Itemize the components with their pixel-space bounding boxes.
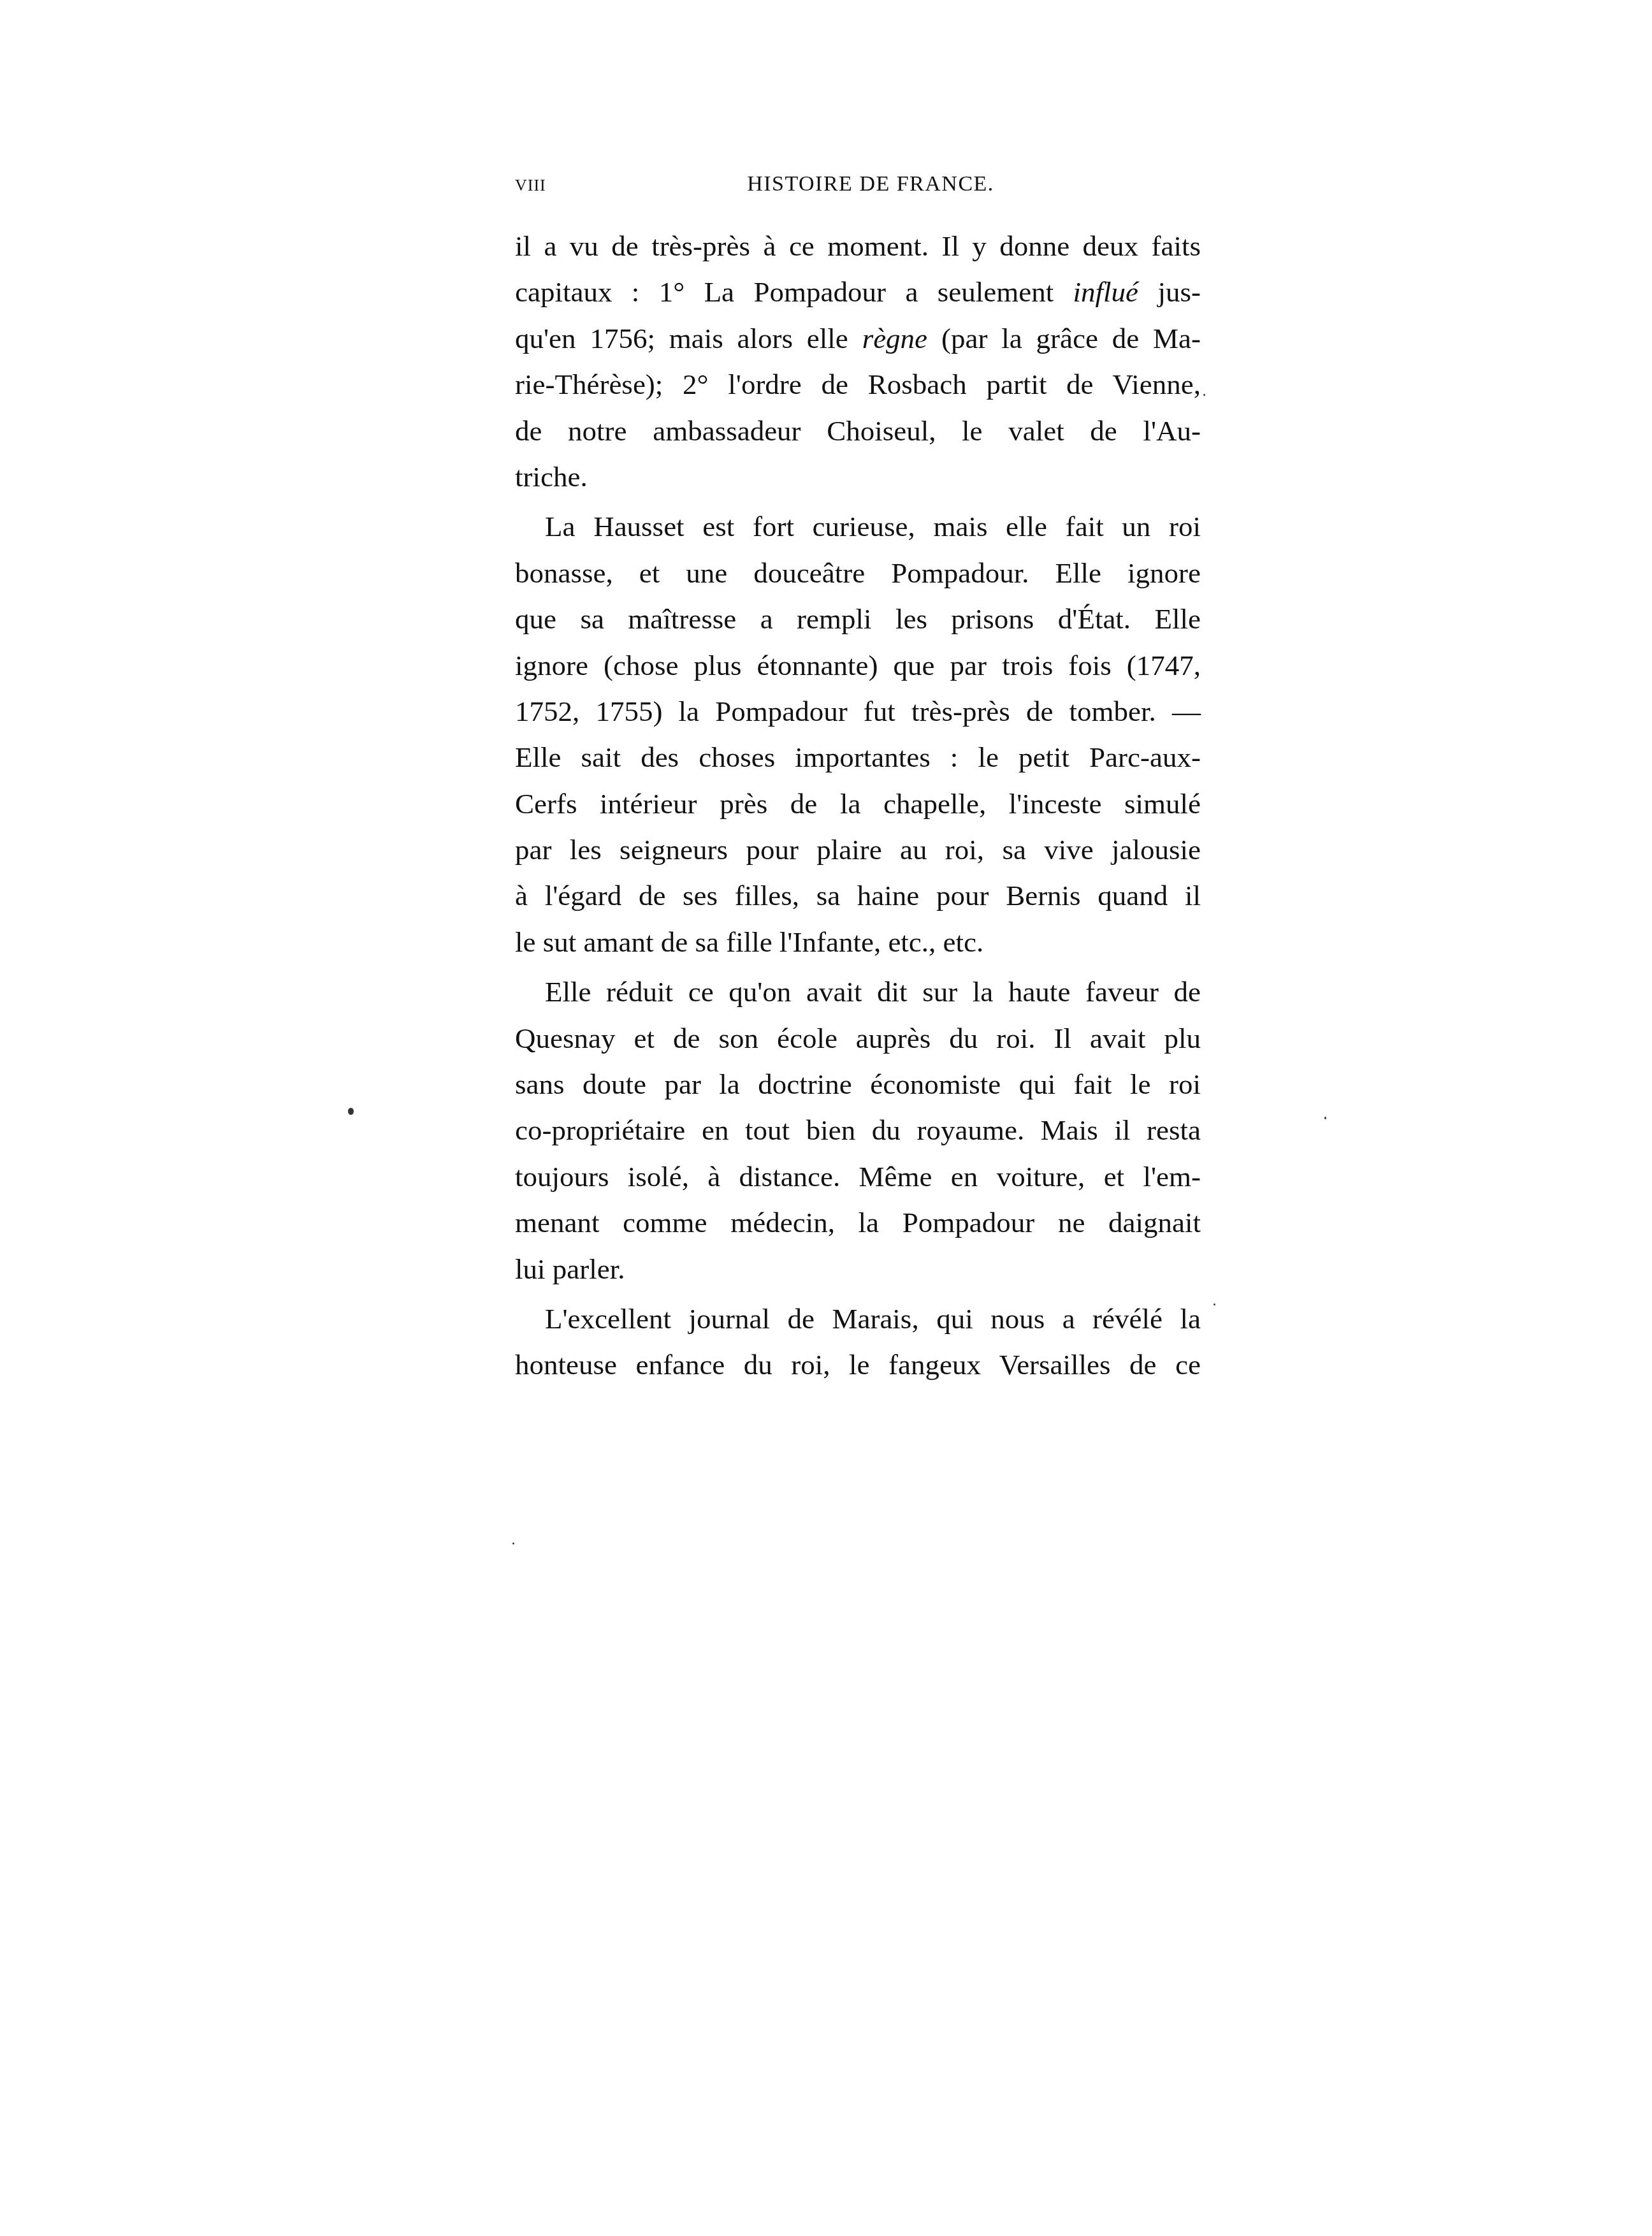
text-line: il a vu de très-près à ce moment. Il y d… <box>515 223 1201 269</box>
text-line: L'excellent journal de Marais, qui nous … <box>515 1296 1201 1342</box>
text-line: par les seigneurs pour plaire au roi, sa… <box>515 827 1201 873</box>
text-segment: Elle sait des choses importantes : le pe… <box>515 741 1201 773</box>
text-segment: Cerfs intérieur près de la chapelle, l'i… <box>515 788 1201 820</box>
text-line: le sut amant de sa fille l'Infante, etc.… <box>515 919 1201 965</box>
text-segment: il a vu de très-près à ce moment. Il y d… <box>515 230 1201 262</box>
text-line: qu'en 1756; mais alors elle règne (par l… <box>515 316 1201 361</box>
text-line: Elle réduit ce qu'on avait dit sur la ha… <box>515 969 1201 1015</box>
text-segment: honteuse enfance du roi, le fangeux Vers… <box>515 1349 1201 1381</box>
body-text: il a vu de très-près à ce moment. Il y d… <box>515 223 1201 1388</box>
text-segment: que sa maîtresse a rempli les prisons d'… <box>515 603 1201 635</box>
text-segment: capitaux : 1° La Pompadour a seulement <box>515 276 1073 308</box>
text-line: La Hausset est fort curieuse, mais elle … <box>515 504 1201 549</box>
text-line: que sa maîtresse a rempli les prisons d'… <box>515 596 1201 642</box>
text-segment: qu'en 1756; mais alors elle <box>515 323 862 354</box>
text-segment: toujours isolé, à distance. Même en voit… <box>515 1161 1201 1193</box>
text-segment: menant comme médecin, la Pompadour ne da… <box>515 1207 1201 1238</box>
text-line: triche. <box>515 454 1201 500</box>
text-segment: de notre ambassadeur Choiseul, le valet … <box>515 415 1201 447</box>
text-line: de notre ambassadeur Choiseul, le valet … <box>515 408 1201 454</box>
running-title: HISTOIRE DE FRANCE. <box>515 172 1201 196</box>
text-segment: 1752, 1755) la Pompadour fut très-près d… <box>515 695 1201 727</box>
text-segment: par les seigneurs pour plaire au roi, sa… <box>515 834 1201 866</box>
text-segment: bonasse, et une douceâtre Pompadour. Ell… <box>515 557 1201 589</box>
text-line: menant comme médecin, la Pompadour ne da… <box>515 1200 1201 1245</box>
text-segment: ignore (chose plus étonnante) que par tr… <box>515 650 1201 681</box>
text-line: ignore (chose plus étonnante) que par tr… <box>515 642 1201 688</box>
text-line: 1752, 1755) la Pompadour fut très-près d… <box>515 688 1201 734</box>
text-line: lui parler. <box>515 1246 1201 1292</box>
text-segment: Quesnay et de son école auprès du roi. I… <box>515 1022 1201 1054</box>
book-page: VIII HISTOIRE DE FRANCE. il a vu de très… <box>0 0 1652 2236</box>
paragraph: Elle réduit ce qu'on avait dit sur la ha… <box>515 969 1201 1292</box>
text-segment: rie-Thérèse); 2° l'ordre de Rosbach part… <box>515 368 1201 400</box>
text-line: à l'égard de ses filles, sa haine pour B… <box>515 873 1201 918</box>
text-segment: La Hausset est fort curieuse, mais elle … <box>545 511 1201 542</box>
text-line: bonasse, et une douceâtre Pompadour. Ell… <box>515 550 1201 596</box>
paragraph: La Hausset est fort curieuse, mais elle … <box>515 504 1201 965</box>
text-line: Elle sait des choses importantes : le pe… <box>515 734 1201 780</box>
text-segment: triche. <box>515 461 588 493</box>
scan-speck <box>1324 1117 1326 1119</box>
paragraph: L'excellent journal de Marais, qui nous … <box>515 1296 1201 1388</box>
text-segment: (par la grâce de Ma- <box>927 323 1201 354</box>
text-line: co-propriétaire en tout bien du royaume.… <box>515 1107 1201 1153</box>
text-line: toujours isolé, à distance. Même en voit… <box>515 1154 1201 1200</box>
scan-speck <box>348 1108 354 1115</box>
text-line: Quesnay et de son école auprès du roi. I… <box>515 1015 1201 1061</box>
text-segment: Elle réduit ce qu'on avait dit sur la ha… <box>545 976 1201 1008</box>
italic-term: règne <box>862 323 927 354</box>
text-line: capitaux : 1° La Pompadour a seulement i… <box>515 269 1201 315</box>
scan-speck <box>1203 394 1205 396</box>
text-segment: le sut amant de sa fille l'Infante, etc.… <box>515 926 983 958</box>
text-segment: L'excellent journal de Marais, qui nous … <box>545 1303 1201 1335</box>
text-segment: à l'égard de ses filles, sa haine pour B… <box>515 880 1201 911</box>
scan-speck <box>1214 1303 1215 1305</box>
text-segment: co-propriétaire en tout bien du royaume.… <box>515 1114 1201 1146</box>
text-line: sans doute par la doctrine économiste qu… <box>515 1061 1201 1107</box>
text-segment: sans doute par la doctrine économiste qu… <box>515 1068 1201 1100</box>
text-line: Cerfs intérieur près de la chapelle, l'i… <box>515 781 1201 827</box>
text-segment: jus- <box>1138 276 1201 308</box>
scan-speck <box>512 1543 514 1544</box>
italic-term: influé <box>1073 276 1138 308</box>
running-head: VIII HISTOIRE DE FRANCE. <box>515 172 1201 204</box>
text-segment: lui parler. <box>515 1253 625 1285</box>
text-line: honteuse enfance du roi, le fangeux Vers… <box>515 1342 1201 1388</box>
paragraph: il a vu de très-près à ce moment. Il y d… <box>515 223 1201 500</box>
text-line: rie-Thérèse); 2° l'ordre de Rosbach part… <box>515 361 1201 407</box>
